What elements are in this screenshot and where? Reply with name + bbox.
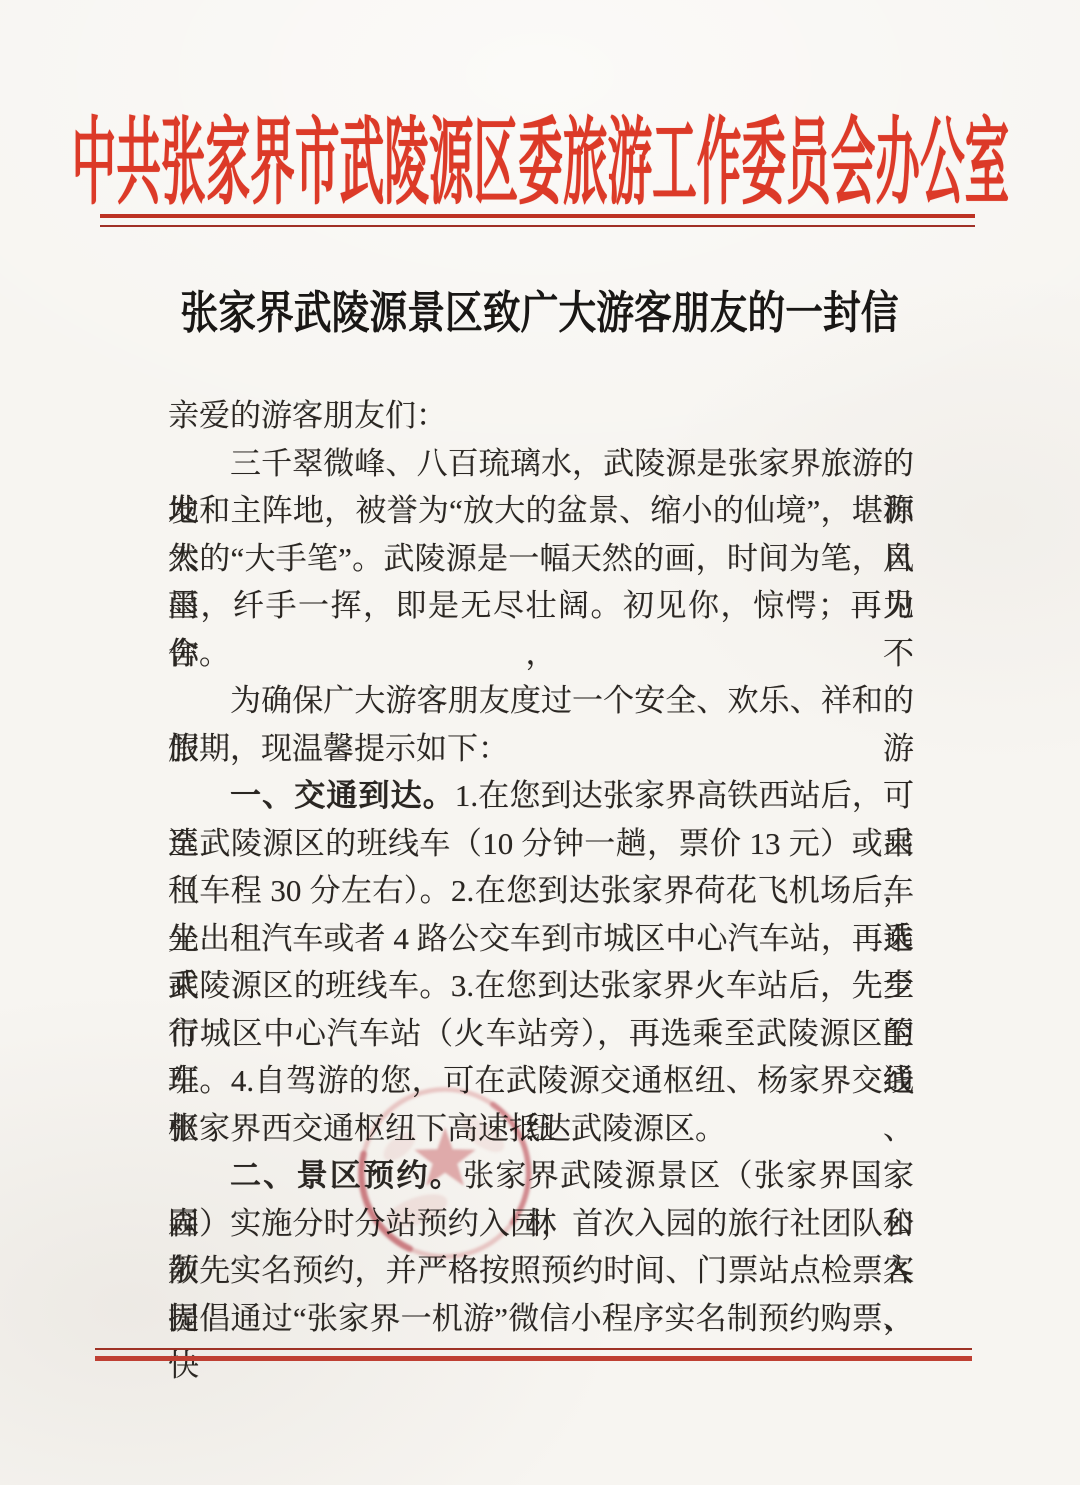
body-line: 市城区中心汽车站（火车站旁），再选乘至武陵源区的班线 [168,1010,914,1058]
letterhead-org-name: 中共张家界市武陵源区委旅游工作委员会办公室 [71,87,1009,223]
footer-divider-line [95,1348,972,1361]
body-line: （车程 30 分左右）。2.在您到达张家界荷花飞机场后，先乘 [168,867,914,915]
document-title-row: 张家界武陵源景区致广大游客朋友的一封信 [0,276,1080,341]
body-line: 坐出租汽车或者 4 路公交车到市城区中心汽车站，再选乘至 [168,915,914,963]
body-line: 武陵源区的班线车。3.在您到达张家界火车站后，先步行至 [168,962,914,1010]
body-line: 为确保广大游客朋友度过一个安全、欢乐、祥和的旅游 [168,677,914,725]
body-line: 二、景区预约。张家界武陵源景区（张家界国家森林公 [168,1152,914,1200]
document-page: 中共张家界市武陵源区委旅游工作委员会办公室 张家界武陵源景区致广大游客朋友的一封… [0,0,1080,1485]
body-line: 提倡通过“张家界一机游”微信小程序实名制预约购票、快 [168,1295,914,1343]
body-line: 地和主阵地，被誉为“放大的盆景、缩小的仙境”，堪称大自 [168,487,914,535]
letterhead-divider-line [100,214,975,227]
body-line: 须先实名预约，并严格按照预约时间、门票站点检票入园， [168,1247,914,1295]
body-line: 亲爱的游客朋友们： [168,392,914,440]
section-heading: 二、景区预约。 [230,1158,463,1193]
body-line: 一、交通到达。1.在您到达张家界高铁西站后，可选乘 [168,772,914,820]
body-line: 三千翠微峰、八百琉璃水，武陵源是张家界旅游的发源 [168,440,914,488]
body-line: 园）实施分时分站预约入园，首次入园的旅行社团队和散客 [168,1200,914,1248]
letter-body: 亲爱的游客朋友们：三千翠微峰、八百琉璃水，武陵源是张家界旅游的发源地和主阵地，被… [168,392,914,1342]
body-line: 墨，纤手一挥，即是无尽壮阔。初见你，惊愕；再见你，不 [168,582,914,630]
body-line: 然的“大手笔”。武陵源是一幅天然的画，时间为笔，风雨为 [168,535,914,583]
section-heading: 一、交通到达。 [230,778,455,813]
letterhead: 中共张家界市武陵源区委旅游工作委员会办公室 [0,100,1080,210]
document-title: 张家界武陵源景区致广大游客朋友的一封信 [181,276,899,341]
body-line: 至武陵源区的班线车（10 分钟一趟，票价 13 元）或出租车 [168,820,914,868]
body-line: 车。4.自驾游的您，可在武陵源交通枢纽、杨家界交通枢纽、 [168,1057,914,1105]
